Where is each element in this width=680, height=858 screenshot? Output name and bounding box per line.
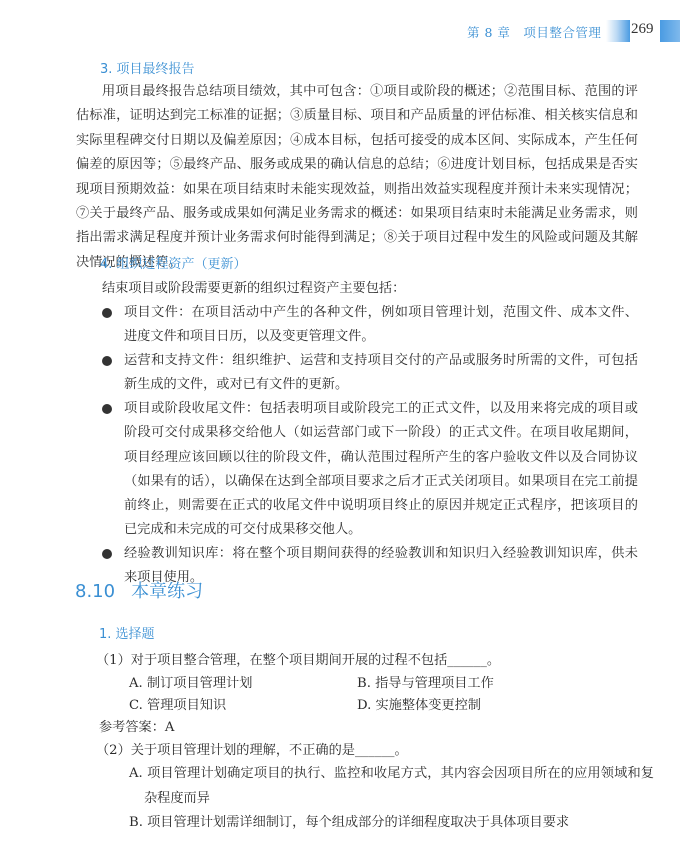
page-tab-decoration-left <box>606 20 630 42</box>
section-heading-opa-updates: 4. 组织过程资产（更新） <box>100 253 247 272</box>
subheading-multiple-choice: 1. 选择题 <box>99 623 155 642</box>
bullet-operational-support-documents: 运营和支持文件：组织维护、运营和支持项目交付的产品或服务时所需的文件，可包括新生… <box>100 349 638 397</box>
section-number: 8.10 <box>75 581 115 602</box>
page-header: 第 8 章 项目整合管理 269 <box>0 20 680 46</box>
opa-intro: 结束项目或阶段需要更新的组织过程资产主要包括： <box>102 277 405 301</box>
bullet-dot-icon <box>102 404 112 414</box>
page-number: 269 <box>631 21 654 38</box>
question-2-option-a: A. 项目管理计划确定项目的执行、监控和收尾方式，其内容会因项目所在的应用领域和… <box>129 762 654 811</box>
bullet-dot-icon <box>102 549 112 559</box>
bullet-closure-documents: 项目或阶段收尾文件：包括表明项目或阶段完工的正式文件，以及用来将完成的项目或阶段… <box>100 397 638 542</box>
section-heading-final-report: 3. 项目最终报告 <box>100 58 195 77</box>
section-title: 本章练习 <box>131 581 203 602</box>
question-1-option-a: A. 制订项目管理计划 <box>129 672 252 696</box>
bullet-project-documents: 项目文件：在项目活动中产生的各种文件，例如项目管理计划，范围文件、成本文件、进度… <box>100 301 638 349</box>
opa-bullet-list: 项目文件：在项目活动中产生的各种文件，例如项目管理计划，范围文件、成本文件、进度… <box>100 301 638 590</box>
question-2-stem: （2）关于项目管理计划的理解，不正确的是______。 <box>96 739 408 763</box>
question-1-option-b: B. 指导与管理项目工作 <box>357 672 494 696</box>
bullet-dot-icon <box>102 308 112 318</box>
bullet-text: 运营和支持文件：组织维护、运营和支持项目交付的产品或服务时所需的文件，可包括新生… <box>124 353 638 392</box>
running-header-chapter: 第 8 章 项目整合管理 <box>467 23 601 41</box>
final-report-paragraph: 用项目最终报告总结项目绩效，其中可包含：①项目或阶段的概述；②范围目标、范围的评… <box>76 80 638 275</box>
question-2-option-b: B. 项目管理计划需详细制订，每个组成部分的详细程度取决于具体项目要求 <box>129 811 569 835</box>
bullet-text: 项目文件：在项目活动中产生的各种文件，例如项目管理计划，范围文件、成本文件、进度… <box>124 305 638 344</box>
question-1-stem: （1）对于项目整合管理，在整个项目期间开展的过程不包括______。 <box>96 649 500 673</box>
question-1-option-c: C. 管理项目知识 <box>129 694 226 718</box>
question-1-answer: 参考答案：A <box>99 716 174 740</box>
bullet-dot-icon <box>102 356 112 366</box>
bullet-text: 项目或阶段收尾文件：包括表明项目或阶段完工的正式文件，以及用来将完成的项目或阶段… <box>124 401 638 536</box>
question-1-option-d: D. 实施整体变更控制 <box>357 694 481 718</box>
section-title-exercises: 8.10本章练习 <box>75 577 203 603</box>
page-tab-decoration-right <box>660 20 680 42</box>
